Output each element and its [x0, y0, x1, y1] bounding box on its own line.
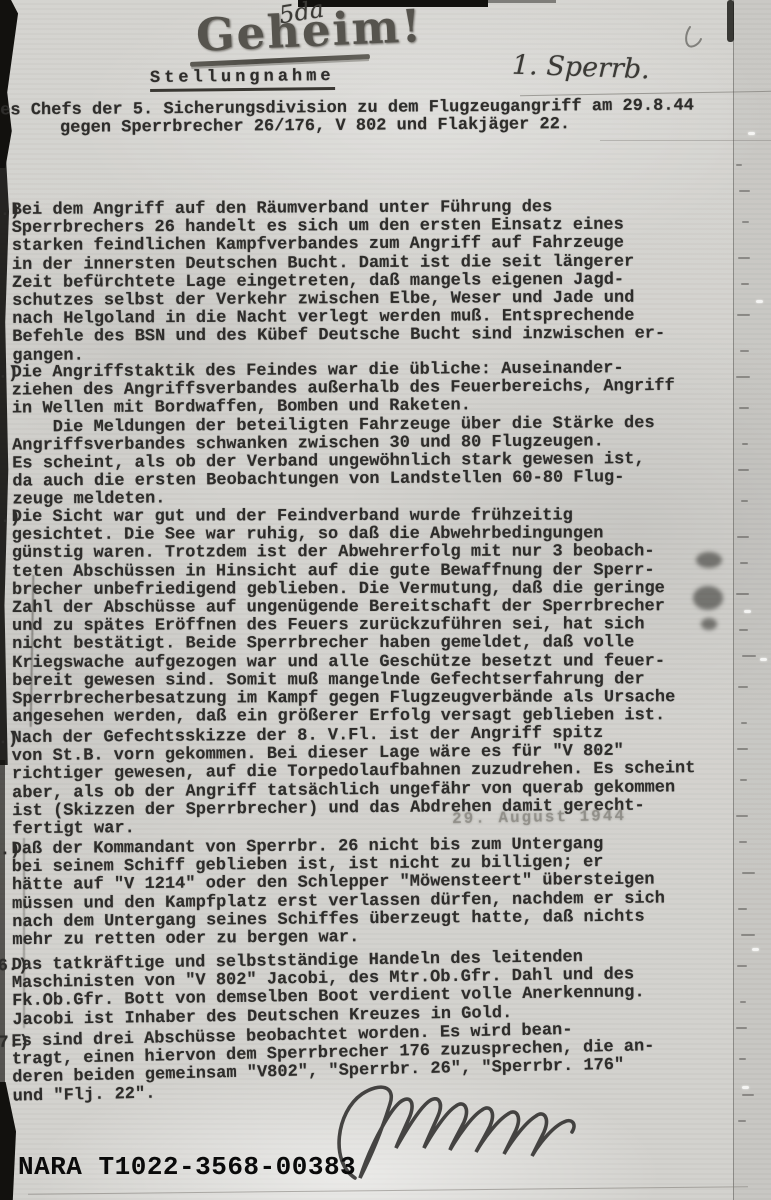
scan-tick — [740, 1001, 746, 1003]
paragraph-2: 2.)Die Angriffstaktik des Feindes war di… — [12, 359, 743, 510]
scan-tick — [742, 655, 756, 657]
paragraph-marker: 4.) — [0, 730, 18, 749]
text-line: Befehle des BSN und des Kübef Deutsche B… — [12, 325, 742, 347]
paragraph-marker: 6.) — [0, 957, 28, 976]
scan-tick — [742, 872, 755, 874]
scan-tick — [738, 908, 747, 910]
scan-speck — [744, 610, 751, 613]
scan-speck — [756, 300, 763, 303]
scan-tick — [736, 593, 749, 595]
scan-tick — [742, 221, 749, 223]
scan-tick — [739, 629, 748, 631]
scan-tick — [737, 536, 749, 538]
scan-tick — [736, 1027, 747, 1029]
paragraph-marker: 3.) — [0, 509, 20, 528]
scan-speck — [748, 132, 755, 135]
scan-tick — [737, 748, 748, 750]
scan-tick — [738, 686, 748, 688]
paragraph-3: 3.)Die Sicht war gut und der Feindverban… — [12, 507, 743, 727]
scan-tick — [741, 722, 747, 724]
paragraph-marker: 2.) — [0, 365, 18, 384]
scan-tick — [738, 1120, 746, 1122]
scan-tick — [737, 965, 747, 967]
archive-label: NARA T1022-3568-00383 — [18, 1152, 356, 1182]
scan-tick — [736, 164, 742, 166]
document-page: Geheim! 5da 1. Sperrb. Stellungnahme des… — [0, 0, 771, 1200]
paragraph-5: 5.)Daß der Kommandant von Sperrbr. 26 ni… — [12, 835, 743, 950]
scan-tick — [738, 257, 750, 259]
scan-tick — [740, 562, 748, 564]
scan-tick — [740, 350, 749, 352]
scan-speck — [760, 658, 767, 661]
scan-tick — [741, 934, 755, 936]
scan-tick — [741, 283, 749, 285]
scan-tick — [739, 1058, 746, 1060]
scan-tick — [737, 314, 750, 316]
paragraph-6: 6.)Das tatkräftige und selbstständige Ha… — [12, 947, 743, 1030]
scan-tick — [738, 469, 749, 471]
paragraph-1: 1.)Bei dem Angriff auf den Räumverband u… — [12, 198, 743, 366]
scan-tick — [742, 443, 748, 445]
paragraph-7: 7.)Es sind drei Abschüsse beobachtet wor… — [11, 1018, 742, 1106]
scan-tick — [742, 1094, 754, 1096]
scan-tick — [736, 815, 748, 817]
scan-tick — [739, 190, 750, 192]
text-line: mehr zu retten oder zu bergen war. — [12, 926, 742, 951]
scan-speck — [742, 1086, 749, 1089]
scan-tick — [740, 779, 747, 781]
paragraph-marker: 1.) — [0, 202, 20, 221]
scan-tick — [741, 500, 748, 502]
paragraphs: 1.)Bei dem Angriff auf den Räumverband u… — [0, 0, 771, 1200]
scan-speck — [752, 948, 759, 951]
paragraph-marker: 7.) — [0, 1033, 29, 1053]
scan-tick — [739, 841, 747, 843]
scan-tick — [736, 376, 750, 378]
scan-tick — [739, 407, 749, 409]
paragraph-marker: 5.) — [0, 841, 20, 860]
